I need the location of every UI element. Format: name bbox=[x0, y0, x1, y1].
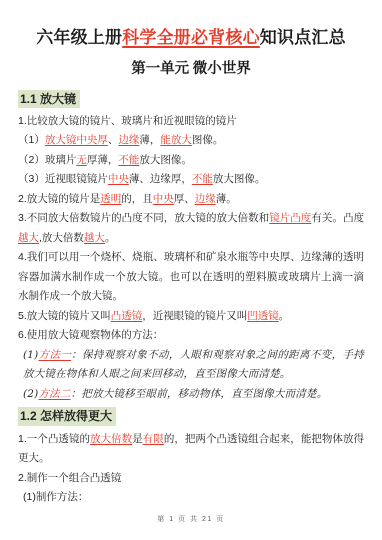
highlighted-term: 有限 bbox=[143, 433, 164, 445]
paragraph: (1)方法一：保持观察对象不动，人眼和观察对象之间的距离不变，手持放大镜在物体和… bbox=[18, 346, 364, 385]
highlighted-term: 凸透镜 bbox=[111, 310, 143, 322]
text-segment: 5.放大镜的镜片又叫 bbox=[18, 310, 111, 322]
highlighted-term: 方法一 bbox=[38, 349, 71, 361]
text-segment: ：保持观察对象不动，人眼和观察对象之间的距离不变，手持放大镜在物体和人眼之间来回… bbox=[23, 349, 364, 381]
highlighted-term: 不能 bbox=[118, 154, 139, 166]
text-segment: 薄、边缘厚， bbox=[129, 173, 192, 185]
paragraph: 3.不同放大倍数镜片的凸度不同，放大镜的放大倍数和镜片凸度有关。凸度越大,放大倍… bbox=[18, 209, 364, 248]
text-segment: （1） bbox=[18, 134, 45, 146]
document-body: 1.1 放大镜1.比较放大镜的镜片、玻璃片和近视眼镜的镜片（1）放大镜中央厚、边… bbox=[18, 87, 364, 508]
paragraph: 6.使用放大镜观察物体的方法： bbox=[18, 326, 364, 346]
highlighted-term: 中央 bbox=[108, 173, 129, 185]
section-heading: 1.1 放大镜 bbox=[18, 90, 80, 108]
highlighted-term: 越大 bbox=[84, 232, 105, 244]
highlighted-term: 边缘 bbox=[195, 193, 216, 205]
text-segment: 2.放大镜的镜片是 bbox=[18, 193, 100, 205]
text-segment: 放大图像。 bbox=[213, 173, 266, 185]
text-segment: 放大图像。 bbox=[139, 154, 192, 166]
paragraph: 2.制作一个组合凸透镜 bbox=[18, 469, 364, 489]
highlighted-term: 镜片凸度 bbox=[269, 212, 311, 224]
text-segment: 1.比较放大镜的镜片、玻璃片和近视眼镜的镜片 bbox=[18, 115, 237, 127]
text-segment: 4.我们可以用一个烧杯、烧瓶、玻璃杯和矿泉水瓶等中央厚、边缘薄的透明容器加满水制… bbox=[18, 251, 364, 302]
text-segment: 。 bbox=[105, 232, 116, 244]
highlighted-term: 不能 bbox=[192, 173, 213, 185]
paragraph: 1.比较放大镜的镜片、玻璃片和近视眼镜的镜片 bbox=[18, 112, 364, 132]
text-segment: ,放大倍数 bbox=[39, 232, 84, 244]
highlighted-term: 中央 bbox=[153, 193, 174, 205]
page-number-footer: 第 1 页 共 21 页 bbox=[0, 514, 382, 524]
highlighted-term: 凹透镜 bbox=[247, 310, 279, 322]
text-segment: (2) bbox=[23, 388, 38, 400]
text-segment: 薄， bbox=[139, 134, 160, 146]
highlighted-term: 放大镜中央厚 bbox=[45, 134, 108, 146]
text-segment: (1) bbox=[23, 349, 38, 361]
text-segment: 的，且 bbox=[121, 193, 153, 205]
highlighted-term: 能放大 bbox=[160, 134, 192, 146]
paragraph: 2.放大镜的镜片是透明的，且中央厚、边缘薄。 bbox=[18, 190, 364, 210]
highlighted-term: 边缘 bbox=[118, 134, 139, 146]
unit-subtitle: 第一单元 微小世界 bbox=[18, 57, 364, 78]
paragraph: （3）近视眼镜镜片中央薄、边缘厚，不能放大图像。 bbox=[18, 170, 364, 190]
document-page: 六年级上册科学全册必背核心知识点汇总 第一单元 微小世界 1.1 放大镜1.比较… bbox=[0, 0, 382, 540]
highlighted-term: 越大 bbox=[18, 232, 39, 244]
text-segment: ：把放大镜移至眼前，移动物体，直至图像大而清楚。 bbox=[71, 388, 328, 400]
paragraph: 1.一个凸透镜的放大倍数是有限的，把两个凸透镜组合起来，能把物体放得更大。 bbox=[18, 430, 364, 469]
page-title: 六年级上册科学全册必背核心知识点汇总 bbox=[18, 26, 364, 50]
paragraph: （2）玻璃片无厚薄，不能放大图像。 bbox=[18, 151, 364, 171]
text-segment: 3.不同放大倍数镜片的凸度不同，放大镜的放大倍数和 bbox=[18, 212, 269, 224]
text-segment: 6.使用放大镜观察物体的方法： bbox=[18, 329, 163, 341]
text-segment: 、 bbox=[108, 134, 119, 146]
text-segment: 薄。 bbox=[216, 193, 237, 205]
section-heading-row: 1.2 怎样放得更大 bbox=[18, 404, 364, 429]
highlighted-term: 无 bbox=[76, 154, 87, 166]
paragraph: (1)制作方法： bbox=[18, 488, 364, 508]
highlighted-term: 方法二 bbox=[38, 388, 70, 400]
section-heading: 1.2 怎样放得更大 bbox=[18, 407, 116, 425]
text-segment: 厚、 bbox=[174, 193, 195, 205]
text-segment: 1.一个凸透镜的 bbox=[18, 433, 90, 445]
text-segment: (1)制作方法： bbox=[23, 491, 88, 503]
highlighted-term: 科学全册必背核心 bbox=[122, 28, 260, 47]
section-heading-row: 1.1 放大镜 bbox=[18, 87, 364, 112]
paragraph: (2)方法二：把放大镜移至眼前，移动物体，直至图像大而清楚。 bbox=[18, 385, 364, 405]
paragraph: 4.我们可以用一个烧杯、烧瓶、玻璃杯和矿泉水瓶等中央厚、边缘薄的透明容器加满水制… bbox=[18, 248, 364, 307]
text-segment: （3）近视眼镜镜片 bbox=[18, 173, 108, 185]
paragraph: （1）放大镜中央厚、边缘薄，能放大图像。 bbox=[18, 131, 364, 151]
text-segment: ，近视眼镜的镜片又叫 bbox=[142, 310, 247, 322]
text-segment: 有关。凸度 bbox=[311, 212, 364, 224]
text-segment: 图像。 bbox=[192, 134, 224, 146]
text-segment: 2.制作一个组合凸透镜 bbox=[18, 472, 121, 484]
text-segment: （2）玻璃片 bbox=[18, 154, 76, 166]
text-segment: 厚薄， bbox=[87, 154, 119, 166]
text-segment: 是 bbox=[132, 433, 143, 445]
text-segment: 六年级上册 bbox=[36, 28, 122, 47]
highlighted-term: 放大倍数 bbox=[90, 433, 132, 445]
highlighted-term: 透明 bbox=[100, 193, 121, 205]
paragraph: 5.放大镜的镜片又叫凸透镜，近视眼镜的镜片又叫凹透镜。 bbox=[18, 307, 364, 327]
text-segment: 知识点汇总 bbox=[260, 28, 346, 47]
text-segment: 。 bbox=[279, 310, 290, 322]
